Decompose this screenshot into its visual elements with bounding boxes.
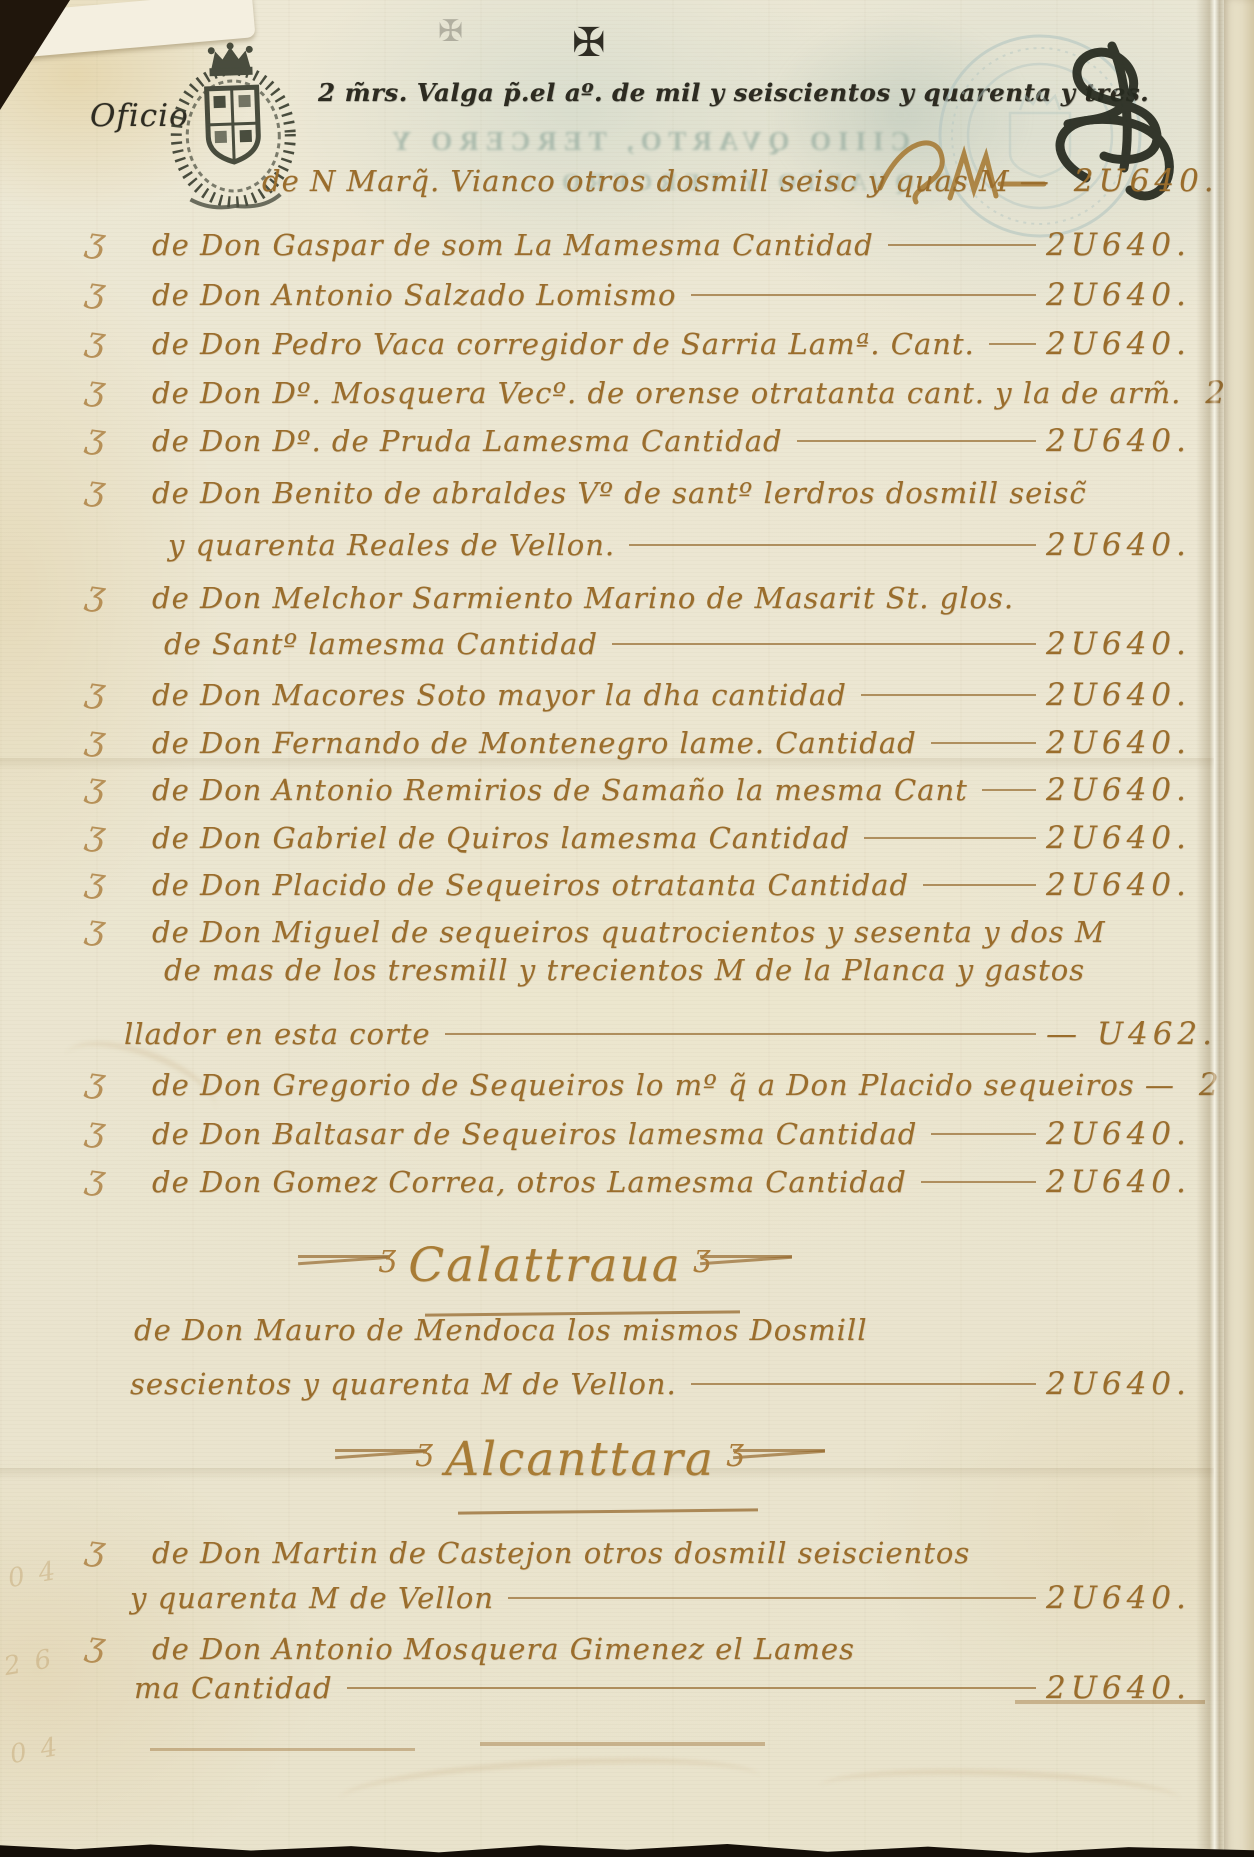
dash-filler [1028, 597, 1036, 599]
ledger-entry: de Don Mauro de Mendoca los mismos Dosmi… [86, 1313, 1232, 1367]
entry-text: de N Marq̃. Vianco otros dosmill seisc y… [262, 164, 1050, 198]
dash-filler [931, 1133, 1036, 1135]
ledger-entry: ʒde Don Gaspar de som La Mamesma Cantida… [86, 224, 1232, 278]
dash-filler [691, 294, 1037, 296]
dash-filler [445, 1033, 1036, 1035]
entry-text: de Don Gabriel de Quiros lamesma Cantida… [152, 821, 850, 855]
dash-filler [691, 1383, 1036, 1385]
ledger-entry: de N Marq̃. Vianco otros dosmill seisc y… [86, 163, 1232, 217]
page-fold [1196, 0, 1226, 1857]
entry-text: de Don Martin de Castejon otros dosmill … [152, 1536, 970, 1570]
faint-rule [150, 1748, 415, 1751]
ledger-entry: ʒde Don Baltasar de Sequeiros lamesma Ca… [86, 1113, 1232, 1167]
dash-filler [923, 884, 1036, 886]
ledger-entry: ʒde Don Dº. de Pruda Lamesma Cantidad2U6… [86, 420, 1232, 474]
entry-text: de Don Fernando de Montenegro lame. Cant… [152, 726, 917, 760]
margin-tick-icon: ʒ [84, 860, 155, 909]
printed-tax-line: 2 m̃rs. Valga p̃.el aº. de mil y seiscie… [318, 78, 938, 107]
margin-tick-icon [86, 975, 151, 984]
entry-text: de Don Benito de abraldes Vº de santº le… [152, 476, 1087, 510]
section-heading-calatrava: ʒCalattrauaʒ [285, 1238, 805, 1293]
dash-filler [921, 1181, 1036, 1183]
ledger-entry: llador en esta corte— U462. [86, 1016, 1232, 1070]
heading-ornament-icon: ʒ [335, 1449, 427, 1471]
dash-filler [989, 343, 1036, 345]
margin-tick-icon [86, 649, 151, 658]
entry-text: de Don Antonio Mosquera Gimenez el Lames [152, 1632, 855, 1666]
dash-filler [797, 440, 1036, 442]
entry-text: de Don Melchor Sarmiento Marino de Masar… [152, 581, 1014, 615]
margin-tick-icon: ʒ [84, 220, 155, 269]
margin-tick-icon: ʒ [84, 368, 155, 417]
margin-tick-icon: ʒ [84, 573, 155, 622]
ledger-entry: ʒde Don Martin de Castejon otros dosmill… [86, 1532, 1232, 1586]
ledger-entry: ʒde Don Gregorio de Sequeiros lo mº q̃ a… [86, 1064, 1232, 1118]
ledger-entry: y quarenta M de Vellon2U640. [86, 1580, 1232, 1634]
section-heading-alcantara: ʒAlcanttaraʒ [295, 1432, 865, 1487]
margin-tick-icon: ʒ [84, 270, 155, 319]
entry-text: de Don Pedro Vaca corregidor de Sarria L… [152, 327, 975, 361]
ledger-entry: ʒde Don Placido de Sequeiros otratanta C… [86, 864, 1232, 918]
ledger-entry: y quarenta Reales de Vellon.2U640. [86, 527, 1232, 581]
ledger-entry: ʒde Don Dº. Mosquera Vecº. de orense otr… [86, 372, 1232, 426]
entry-text: de mas de los tresmill y trecientos M de… [164, 953, 1085, 987]
faint-cross-icon: ✠ [438, 14, 463, 49]
ledger-entry: ma Cantidad2U640. [86, 1670, 1232, 1724]
faint-rule [1015, 1700, 1205, 1704]
margin-tick-icon: ʒ [84, 319, 155, 368]
entry-text: de Don Macores Soto mayor la dha cantida… [152, 678, 847, 712]
margin-tick-icon: ʒ [84, 416, 155, 465]
dash-filler [984, 1552, 1036, 1554]
ledger-entry: ʒde Don Gabriel de Quiros lamesma Cantid… [86, 817, 1232, 871]
entry-text: de Don Gaspar de som La Mamesma Cantidad [152, 228, 874, 262]
entry-text: de Don Gomez Correa, otros Lamesma Canti… [152, 1165, 907, 1199]
ledger-entry: ʒde Don Melchor Sarmiento Marino de Masa… [86, 577, 1232, 631]
margin-tick-icon: ʒ [84, 1157, 155, 1206]
dash-filler [931, 742, 1036, 744]
entry-text: de Santº lamesma Cantidad [164, 627, 598, 661]
margin-tick-icon: ʒ [84, 670, 155, 719]
margin-tick-icon: ʒ [84, 765, 155, 814]
dash-filler [881, 1329, 1036, 1331]
dash-filler [347, 1687, 1036, 1689]
entry-text: de Don Gregorio de Sequeiros lo mº q̃ a … [152, 1068, 1175, 1102]
heading-title: Calattraua [408, 1238, 682, 1293]
entry-text: de Don Miguel de sequeiros quatrocientos… [152, 915, 1106, 949]
entry-text: llador en esta corte [124, 1017, 431, 1051]
ledger-entry: ʒde Don Fernando de Montenegro lame. Can… [86, 722, 1232, 776]
margin-tick-icon: ʒ [84, 907, 155, 956]
dash-filler [508, 1597, 1036, 1599]
faint-rule [480, 1742, 765, 1746]
ledger-entry: ʒde Don Benito de abraldes Vº de santº l… [86, 472, 1232, 526]
heading-ornament-icon: ʒ [298, 1255, 390, 1277]
second-page-edge [1224, 0, 1254, 1857]
heading-ornament-icon: ʒ [700, 1255, 792, 1277]
heading-title: Alcanttara [445, 1432, 715, 1487]
ledger-entry: sescientos y quarenta M de Vellon.2U640. [86, 1366, 1232, 1420]
scanned-manuscript: CIIIO QVARTO, TERCERO Y O QVARTO Y TERCE… [0, 0, 1254, 1857]
dash-filler [612, 643, 1036, 645]
entry-text: de Don Antonio Remirios de Samaño la mes… [152, 773, 968, 807]
ledger-entry: ʒde Don Antonio Salzado Lomismo2U640. [86, 274, 1232, 328]
dash-filler [629, 544, 1036, 546]
ledger-entry: ʒde Don Antonio Remirios de Samaño la me… [86, 769, 1232, 823]
entry-text: ma Cantidad [134, 1671, 333, 1705]
dash-filler [864, 837, 1036, 839]
entry-text: de Don Baltasar de Sequeiros lamesma Can… [152, 1117, 917, 1151]
dash-filler [888, 244, 1036, 246]
entry-text: de Don Mauro de Mendoca los mismos Dosmi… [134, 1313, 867, 1347]
margin-tick-icon: ʒ [84, 1528, 155, 1577]
entry-text: de Don Dº. Mosquera Vecº. de orense otra… [152, 376, 1181, 410]
margin-tick-icon: ʒ [84, 1624, 155, 1673]
ledger-entry: de mas de los tresmill y trecientos M de… [86, 953, 1232, 1007]
cross-pattee-icon: ✠ [572, 20, 606, 66]
dash-filler [869, 1648, 1036, 1650]
margin-tick-icon: ʒ [84, 468, 155, 517]
dash-filler [982, 789, 1036, 791]
mirrored-letterpress-bleedthrough: CIIIO QVARTO, TERCERO Y [385, 126, 910, 157]
heading-ornament-icon: ʒ [733, 1449, 825, 1471]
entry-text: de Don Antonio Salzado Lomismo [152, 278, 677, 312]
margin-tick-icon: ʒ [84, 813, 155, 862]
entry-text: de Don Dº. de Pruda Lamesma Cantidad [152, 424, 783, 458]
entry-text: de Don Placido de Sequeiros otratanta Ca… [152, 868, 909, 902]
ledger-entry: ʒde Don Pedro Vaca corregidor de Sarria … [86, 323, 1232, 377]
margin-tick-icon: ʒ [84, 718, 155, 767]
margin-tick-icon [86, 550, 151, 559]
margin-tick-icon [86, 186, 151, 195]
entry-text: y quarenta M de Vellon [130, 1581, 494, 1615]
entry-text: sescientos y quarenta M de Vellon. [130, 1367, 677, 1401]
ledger-entry: ʒde Don Macores Soto mayor la dha cantid… [86, 674, 1232, 728]
dash-filler [861, 694, 1036, 696]
entry-text: y quarenta Reales de Vellon. [168, 528, 615, 562]
ledger-entry: de Santº lamesma Cantidad2U640. [86, 626, 1232, 680]
ledger-entry: ʒde Don Gomez Correa, otros Lamesma Cant… [86, 1161, 1232, 1215]
